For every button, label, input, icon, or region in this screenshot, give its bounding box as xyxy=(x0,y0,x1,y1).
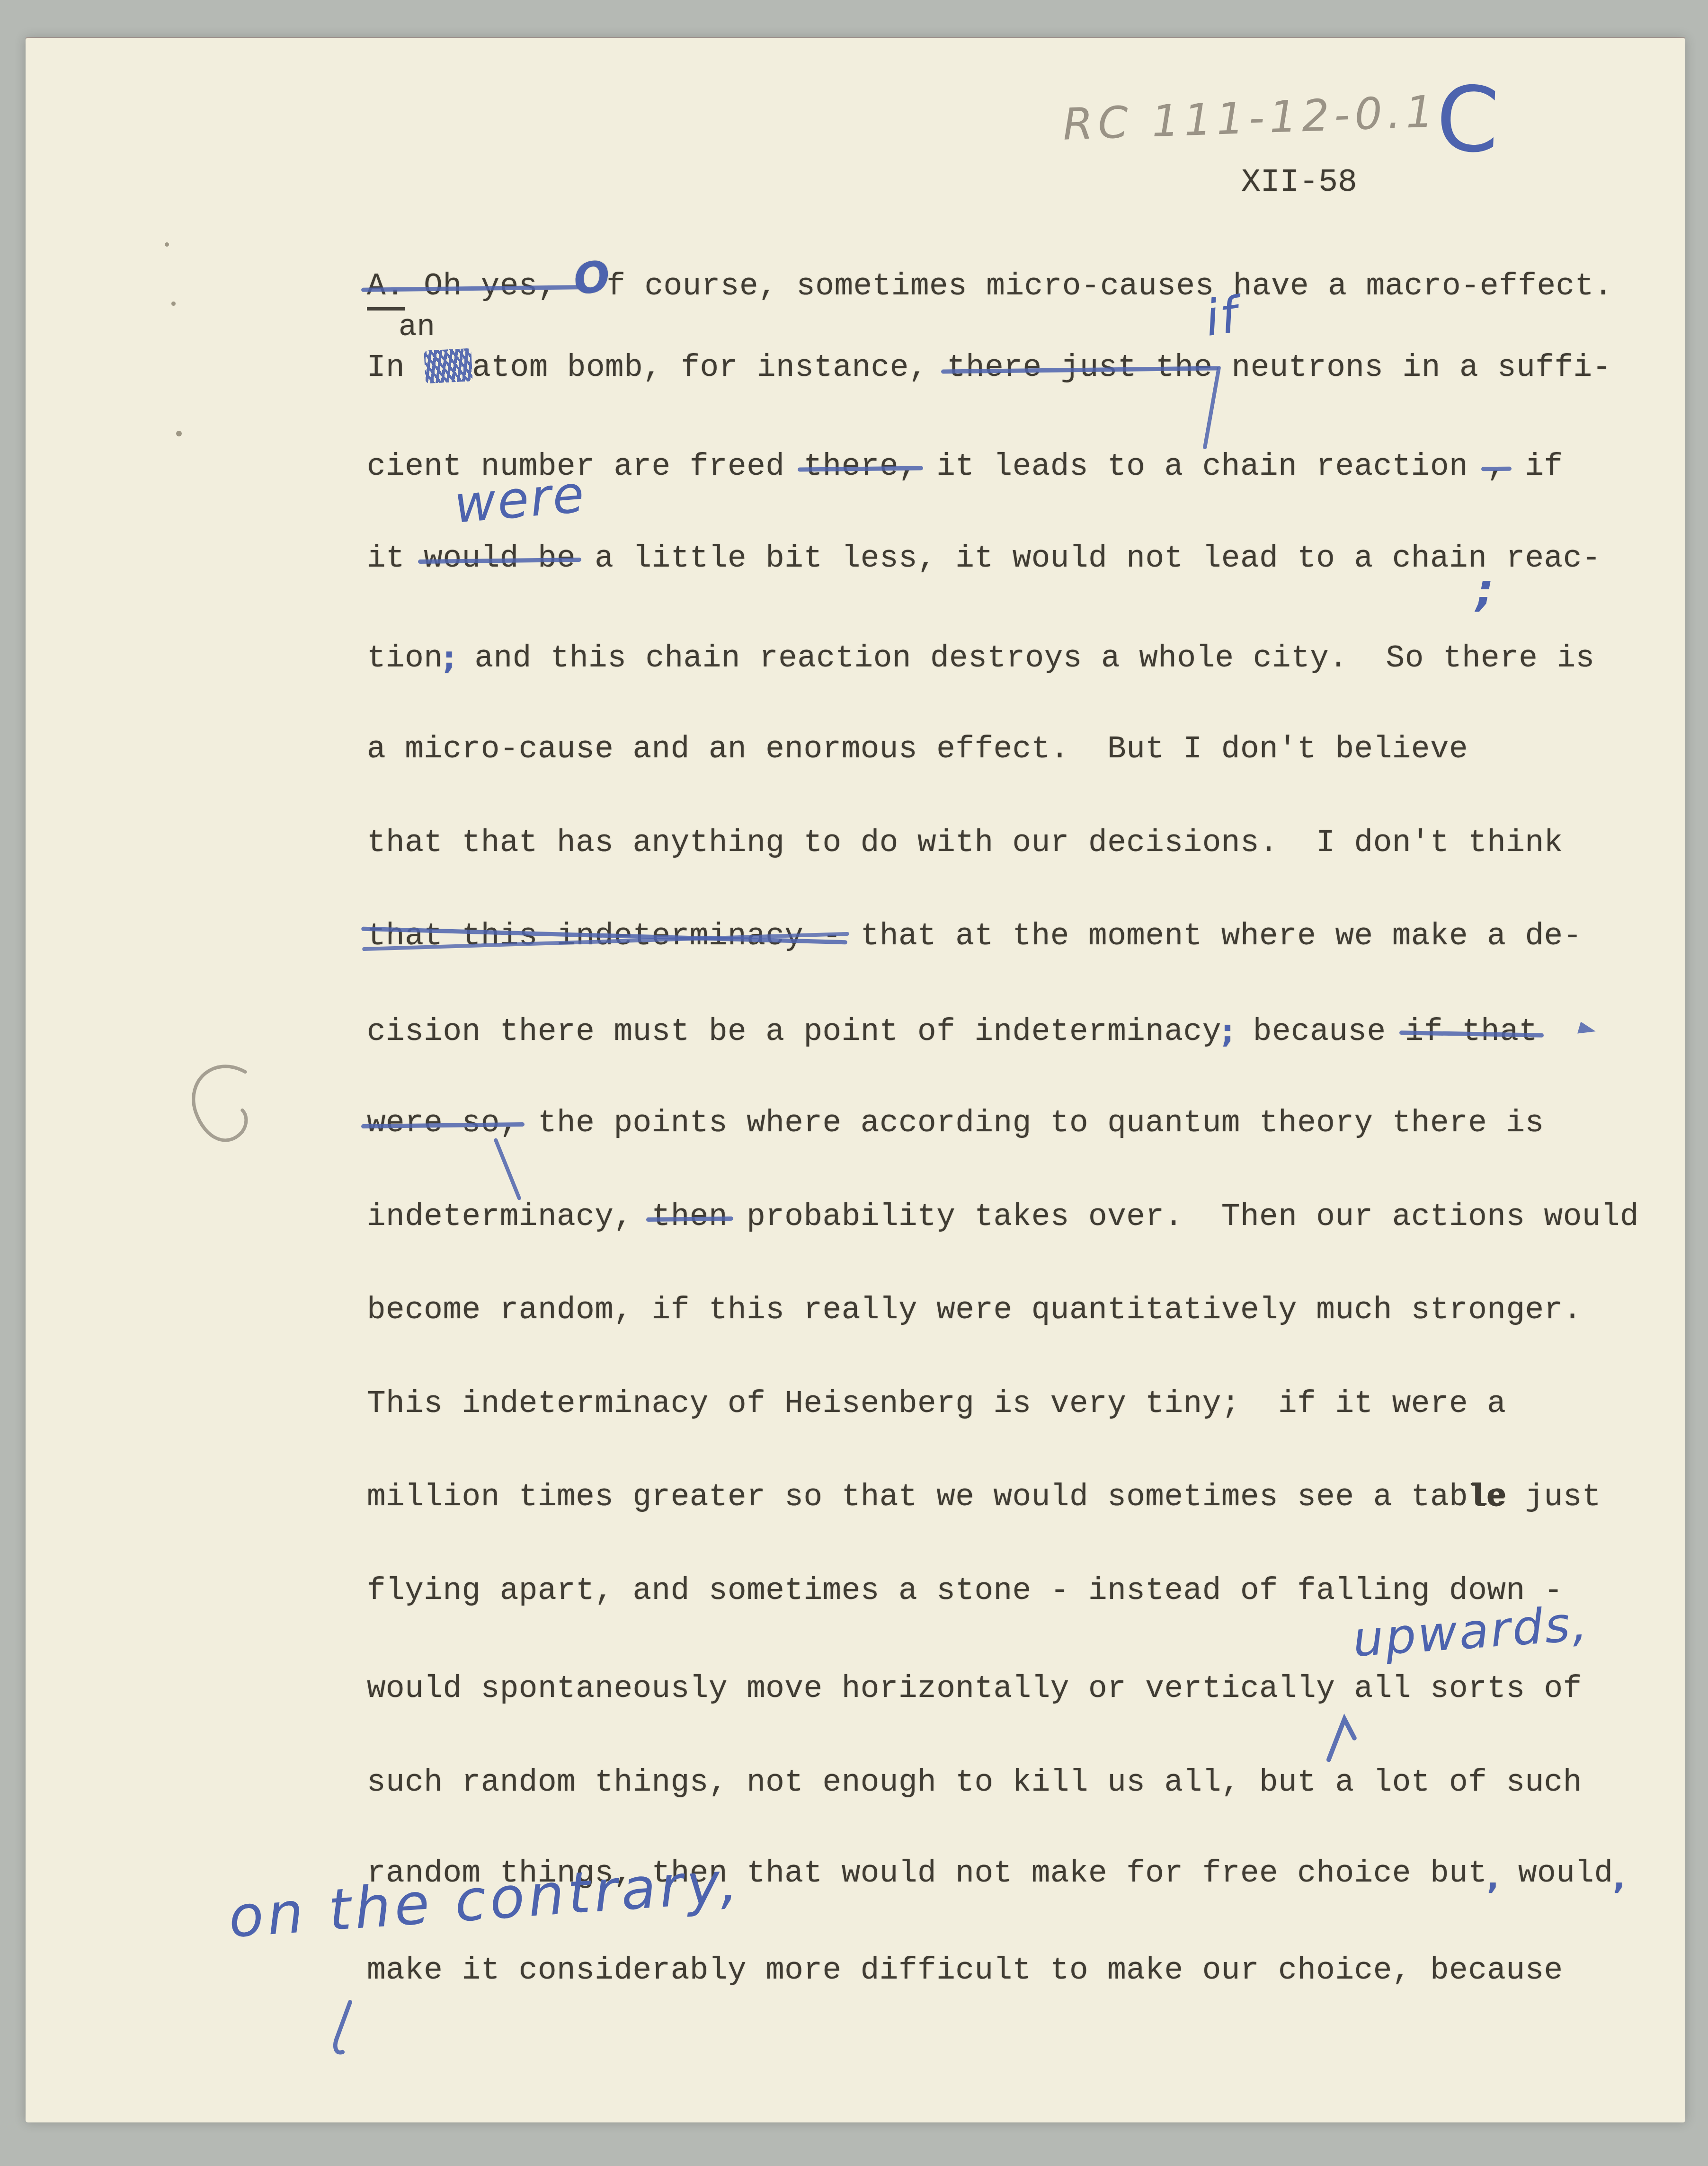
typed-line: indeterminacy, then probability takes ov… xyxy=(367,1199,1639,1235)
typed-line: that that has anything to do with our de… xyxy=(367,825,1563,861)
pencil-margin-squiggle xyxy=(171,1060,271,1179)
typed-line: that this indeterminacy - that at the mo… xyxy=(367,918,1582,954)
blue-capital-o: O xyxy=(571,252,613,304)
blue-ink-scribble xyxy=(424,348,473,383)
struck-text: that this indeterminacy - xyxy=(367,918,842,954)
manuscript-scan: RC 111-12-0.1 C XII-58 A. Oh yes, Of cou… xyxy=(0,0,1708,2166)
typed-line: cision there must be a point of indeterm… xyxy=(367,1012,1538,1050)
blue-semicolon: ; xyxy=(1221,1014,1234,1050)
paper-speck xyxy=(176,431,182,436)
typed-line: become random, if this really were quant… xyxy=(367,1292,1582,1328)
overtyped-letters: le xyxy=(1468,1479,1506,1515)
struck-text: then xyxy=(652,1199,728,1234)
typed-line: tion; and this chain reaction destroys a… xyxy=(367,638,1595,676)
handwritten-were: were xyxy=(452,464,587,535)
typed-line: In atom bomb, for instance, there just t… xyxy=(367,349,1611,386)
insertion-caret-make xyxy=(327,1997,357,2058)
typed-line: it would be a little bit less, it would … xyxy=(367,541,1601,577)
page-number: XII-58 xyxy=(1241,167,1357,199)
struck-comma: , xyxy=(1487,449,1506,484)
typed-insertion-an: an xyxy=(399,312,435,343)
typed-line: flying apart, and sometimes a stone - in… xyxy=(367,1573,1563,1609)
typed-line: such random things, not enough to kill u… xyxy=(367,1765,1582,1801)
struck-text: A. Oh yes, xyxy=(367,268,576,304)
typed-line: A. Oh yes, Of course, sometimes micro-ca… xyxy=(367,256,1613,311)
typed-line: make it considerably more difficult to m… xyxy=(367,1953,1563,1988)
struck-text: if that xyxy=(1405,1014,1538,1049)
typed-line: million times greater so that we would s… xyxy=(367,1479,1601,1515)
handwritten-semicolon: ; xyxy=(1476,564,1494,616)
typed-line: This indeterminacy of Heisenberg is very… xyxy=(367,1386,1506,1422)
typed-line: were so, the points where according to q… xyxy=(367,1105,1544,1141)
blue-inserted-comma: , xyxy=(1613,1860,1626,1896)
insertion-caret-vertically xyxy=(1325,1713,1358,1764)
struck-text: would be xyxy=(424,541,576,576)
blue-inserted-comma: , xyxy=(1487,1860,1499,1896)
blue-semicolon: ; xyxy=(443,640,455,676)
paper-speck xyxy=(171,302,176,306)
struck-text: there just the xyxy=(947,350,1213,385)
paper-speck xyxy=(165,242,169,247)
copy-letter: C xyxy=(1434,66,1501,173)
struck-text: there, xyxy=(803,449,917,484)
underlined-a: A. xyxy=(367,268,405,311)
struck-text: were so, xyxy=(367,1105,519,1141)
typed-line: a micro-cause and an enormous effect. Bu… xyxy=(367,731,1468,767)
typed-line: would spontaneously move horizontally or… xyxy=(367,1671,1582,1707)
